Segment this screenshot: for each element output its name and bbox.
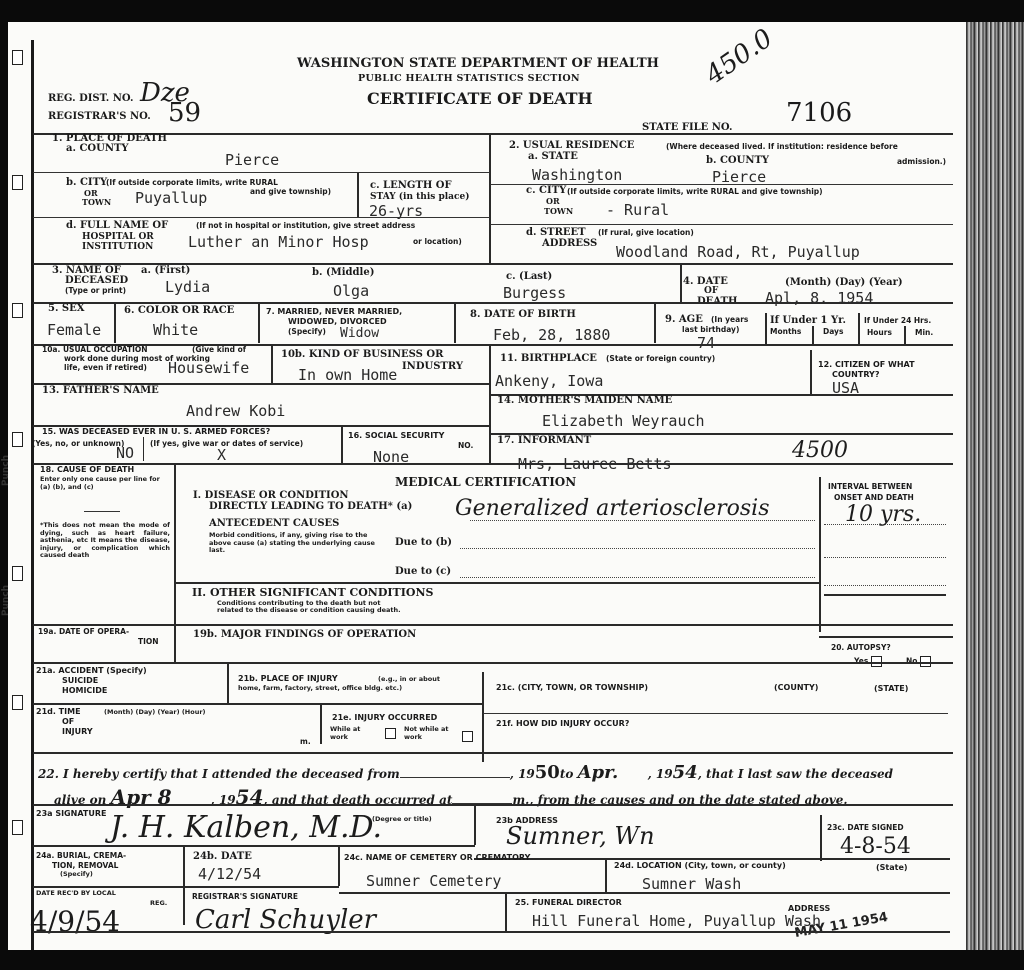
res-address-label: ADDRESS [542, 239, 597, 249]
days-label: Days [823, 328, 843, 336]
res-city-note: (If outside corporate limits, write RURA… [567, 188, 823, 196]
citizen-label2: COUNTRY? [832, 371, 879, 379]
name-label2: DECEASED [65, 276, 128, 286]
marital-label3: (Specify) [288, 328, 326, 336]
marital-label: 7. MARRIED, NEVER MARRIED, [266, 308, 402, 316]
burial-label3: (Specify) [60, 871, 93, 879]
reg-dist-label: REG. DIST. NO. [48, 94, 134, 104]
sex-label: 5. SEX [48, 304, 85, 314]
not-at-work-checkbox[interactable] [462, 731, 473, 742]
res-county: Pierce [712, 169, 766, 185]
business-label: 10b. KIND OF BUSINESS OR [281, 350, 443, 360]
injury-state-label: (STATE) [874, 685, 908, 693]
res-street-label: d. STREET [526, 228, 586, 238]
middle-label: b. (Middle) [312, 268, 374, 278]
physician-signature: J. H. Kalben, M.D. [110, 810, 382, 845]
father-label: 13. FATHER'S NAME [42, 386, 159, 396]
city-note2: and give township) [250, 188, 331, 196]
age-note: (In years [711, 316, 748, 324]
min-label: Min. [915, 329, 933, 337]
state-file-value: 7106 [786, 98, 852, 128]
state-file-label: STATE FILE NO. [642, 123, 733, 133]
occupation-note: (Give kind of [192, 346, 246, 354]
res-street-note: (If rural, give location) [598, 229, 694, 237]
stay-label: c. LENGTH OF [370, 181, 452, 191]
res-street: Woodland Road, Rt, Puyallup [616, 244, 860, 260]
hospital-note: (If not in hospital or institution, give… [196, 222, 415, 230]
race-label: 6. COLOR OR RACE [124, 306, 234, 316]
marital-label2: WIDOWED, DIVORCED [288, 318, 387, 326]
time-m: m. [300, 738, 311, 746]
autopsy-no-label: No [906, 657, 917, 666]
city-label: b. CITY [66, 178, 107, 188]
time-label2: OF [62, 718, 74, 726]
res-county-label: b. COUNTY [706, 156, 769, 166]
cemetery: Sumner Cemetery [366, 873, 501, 889]
interval-label: INTERVAL BETWEEN [828, 483, 912, 491]
birth-date: Feb, 28, 1880 [493, 327, 610, 343]
father-name: Andrew Kobi [186, 403, 285, 419]
antecedent-label: ANTECEDENT CAUSES [209, 519, 339, 529]
location-state-label: (State) [876, 864, 908, 872]
sex: Female [47, 322, 101, 338]
birthplace: Ankeny, Iowa [495, 373, 603, 389]
time-cols: (Month) (Day) (Year) (Hour) [104, 709, 206, 717]
other-note2: related to the disease or condition caus… [217, 607, 401, 615]
hospital-label2: HOSPITAL OR [82, 232, 154, 242]
scan-border [0, 950, 1024, 970]
mother-name: Elizabeth Weyrauch [542, 413, 705, 429]
burial-label2: TION, REMOVAL [52, 862, 118, 870]
injury-city-label: 21c. (CITY, TOWN, OR TOWNSHIP) [496, 684, 648, 692]
interval-label2: ONSET AND DEATH [834, 494, 914, 502]
from-year: 50 [535, 762, 560, 783]
cause-note: Enter only one cause per line for (a) (b… [40, 476, 170, 491]
occupation: Housewife [168, 360, 249, 376]
punch-hole-icon [12, 175, 23, 190]
degree-label: (Degree or title) [372, 816, 432, 824]
location-label: 24d. LOCATION (City, town, or county) [614, 862, 786, 870]
age-note2: last birthday) [682, 326, 739, 334]
hospital-label: d. FULL NAME OF [66, 221, 168, 231]
agency-title: WASHINGTON STATE DEPARTMENT OF HEALTH [297, 56, 659, 71]
op-date-label2: TION [138, 638, 159, 646]
death-city: Puyallup [135, 190, 207, 206]
armed-label: 15. WAS DECEASED EVER IN U. S. ARMED FOR… [42, 428, 270, 436]
occupation-label: 10a. USUAL OCCUPATION [42, 346, 148, 354]
occupation-note3: life, even if retired) [64, 364, 147, 372]
margin-rule [31, 40, 34, 952]
injury-county-label: (COUNTY) [774, 684, 818, 692]
how-injury-label: 21f. HOW DID INJURY OCCUR? [496, 720, 629, 728]
other-conditions-label: II. OTHER SIGNIFICANT CONDITIONS [192, 588, 433, 598]
funeral-director-label: 25. FUNERAL DIRECTOR [515, 899, 622, 907]
due-c-label: Due to (c) [395, 567, 451, 577]
death-date-label2: OF [704, 286, 718, 296]
res-or-label: OR [546, 196, 560, 206]
op-findings-label: 19b. MAJOR FINDINGS OF OPERATION [193, 630, 416, 640]
punch-hole-icon [12, 50, 23, 65]
residence-note2: admission.) [897, 158, 946, 166]
to-date: Apr. [578, 762, 648, 783]
months-label: Months [770, 328, 801, 336]
recd-label2: REG. [150, 900, 167, 908]
cause-label: 18. CAUSE OF DEATH [40, 466, 134, 474]
punch-label: Punch [1, 585, 11, 616]
punch-hole-icon [12, 820, 23, 835]
date-signed: 4-8-54 [840, 834, 911, 859]
registrar-label: REGISTRAR'S NO. [48, 112, 151, 122]
section-title: PUBLIC HEALTH STATISTICS SECTION [358, 73, 580, 84]
accident-label3: HOMICIDE [62, 687, 107, 695]
funeral-director: Hill Funeral Home, Puyallup Wash [532, 913, 821, 929]
autopsy-label: 20. AUTOPSY? [831, 644, 891, 652]
punch-hole-icon [12, 303, 23, 318]
hospital-name: Luther an Minor Hosp [188, 234, 369, 250]
not-at-work-label: Not while at work [404, 726, 454, 741]
date-received: 4/9/54 [30, 905, 120, 938]
res-city: - Rural [606, 202, 669, 218]
accident-label: 21a. ACCIDENT (Specify) [36, 667, 147, 675]
first-name: Lydia [165, 279, 210, 295]
at-work-checkbox[interactable] [385, 728, 396, 739]
residence-label: 2. USUAL RESIDENCE [509, 141, 634, 151]
informant-note: 4500 [792, 438, 848, 463]
armed-note2: (If yes, give war or dates of service) [150, 440, 303, 448]
at-work-label: While at work [330, 726, 374, 741]
under1-label: If Under 1 Yr. [770, 316, 846, 326]
page-stack-edge [966, 22, 1024, 970]
city-note: (If outside corporate limits, write RURA… [106, 179, 278, 187]
county-label: a. COUNTY [66, 144, 129, 154]
business: In own Home [298, 367, 397, 383]
hours-label: Hours [867, 329, 892, 337]
punch-hole-icon [12, 566, 23, 581]
burial-location: Sumner Wash [642, 876, 741, 892]
armed-forces: NO [116, 445, 134, 461]
punch-hole-icon [12, 695, 23, 710]
marital-status: Widow [340, 326, 379, 342]
res-state-label: a. STATE [528, 152, 578, 162]
armed-service: X [217, 447, 226, 463]
residence-note: (Where deceased lived. If institution: r… [666, 143, 898, 151]
birth-label: 8. DATE OF BIRTH [470, 310, 576, 320]
disease: Generalized arteriosclerosis [455, 496, 770, 521]
time-label3: INJURY [62, 728, 93, 736]
armed-note: (Yes, no, or unknown) [32, 440, 124, 448]
disease-label2: DIRECTLY LEADING TO DEATH* (a) [209, 502, 412, 512]
hospital-label3: INSTITUTION [82, 242, 153, 252]
punch-label: Punch [1, 455, 11, 486]
cause-footnote: *This does not mean the mode of dying, s… [40, 522, 170, 560]
hospital-note2: or location) [413, 238, 462, 246]
death-county: Pierce [225, 152, 279, 168]
informant-label: 17. INFORMANT [497, 436, 591, 446]
ssn-label: 16. SOCIAL SECURITY [348, 432, 444, 440]
town-label: TOWN [82, 197, 111, 207]
injury-place-note: (e.g., in or about [378, 676, 440, 684]
medical-title: MEDICAL CERTIFICATION [395, 477, 576, 487]
under24-label: If Under 24 Hrs. [864, 317, 931, 325]
disease-label: I. DISEASE OR CONDITION [193, 491, 349, 501]
to-year: 54 [673, 762, 698, 783]
age-label: 9. AGE [665, 315, 703, 325]
birthplace-label: 11. BIRTHPLACE [500, 354, 597, 364]
op-date-label: 19a. DATE OF OPERA- [38, 628, 129, 636]
first-label: a. (First) [141, 266, 190, 276]
res-town-label: TOWN [544, 206, 573, 216]
age: 74 [697, 335, 715, 351]
ssn-label2: NO. [458, 442, 473, 450]
injury-place-label: 21b. PLACE OF INJURY [238, 675, 338, 683]
res-state: Washington [532, 167, 622, 183]
citizen-label: 12. CITIZEN OF WHAT [818, 361, 915, 369]
registrar-value: 59 [168, 98, 201, 128]
birthplace-note: (State or foreign country) [606, 355, 715, 363]
due-b-label: Due to (b) [395, 538, 452, 548]
document-title: CERTIFICATE OF DEATH [367, 89, 593, 108]
injury-place-note2: home, farm, factory, street, office bldg… [238, 685, 402, 693]
signature-label: 23a SIGNATURE [36, 810, 106, 818]
cemetery-label: 24c. NAME OF CEMETERY OR CREMATORY [344, 854, 530, 862]
stay-label2: STAY (in this place) [370, 192, 469, 202]
burial-date: 4/12/54 [198, 866, 261, 882]
registrar-sig-label: REGISTRAR'S SIGNATURE [192, 893, 298, 901]
name-label3: (Type or print) [65, 287, 126, 295]
autopsy-yes-label: Yes [854, 657, 868, 666]
business-label2: INDUSTRY [402, 362, 463, 372]
burial-date-label: 24b. DATE [193, 852, 252, 862]
recd-label: DATE REC'D BY LOCAL [36, 890, 116, 898]
last-name: Burgess [503, 285, 566, 301]
race: White [153, 322, 198, 338]
time-label: 21d. TIME [36, 708, 81, 716]
last-label: c. (Last) [506, 272, 552, 282]
cert-line1: 22. I hereby certify that I attended the… [38, 762, 893, 783]
mother-label: 14. MOTHER'S MAIDEN NAME [497, 396, 672, 406]
burial-label: 24a. BURIAL, CREMA- [36, 852, 126, 860]
accident-label2: SUICIDE [62, 677, 98, 685]
middle-name: Olga [333, 283, 369, 299]
death-date-cols: (Month) (Day) (Year) [785, 278, 903, 288]
date-signed-label: 23c. DATE SIGNED [827, 824, 904, 832]
physician-address: Sumner, Wn [506, 822, 655, 850]
occurred-label: 21e. INJURY OCCURRED [332, 714, 437, 722]
antecedent-note: Morbid conditions, if any, giving rise t… [209, 532, 379, 555]
punch-hole-icon [12, 432, 23, 447]
res-city-label: c. CITY [526, 186, 566, 196]
